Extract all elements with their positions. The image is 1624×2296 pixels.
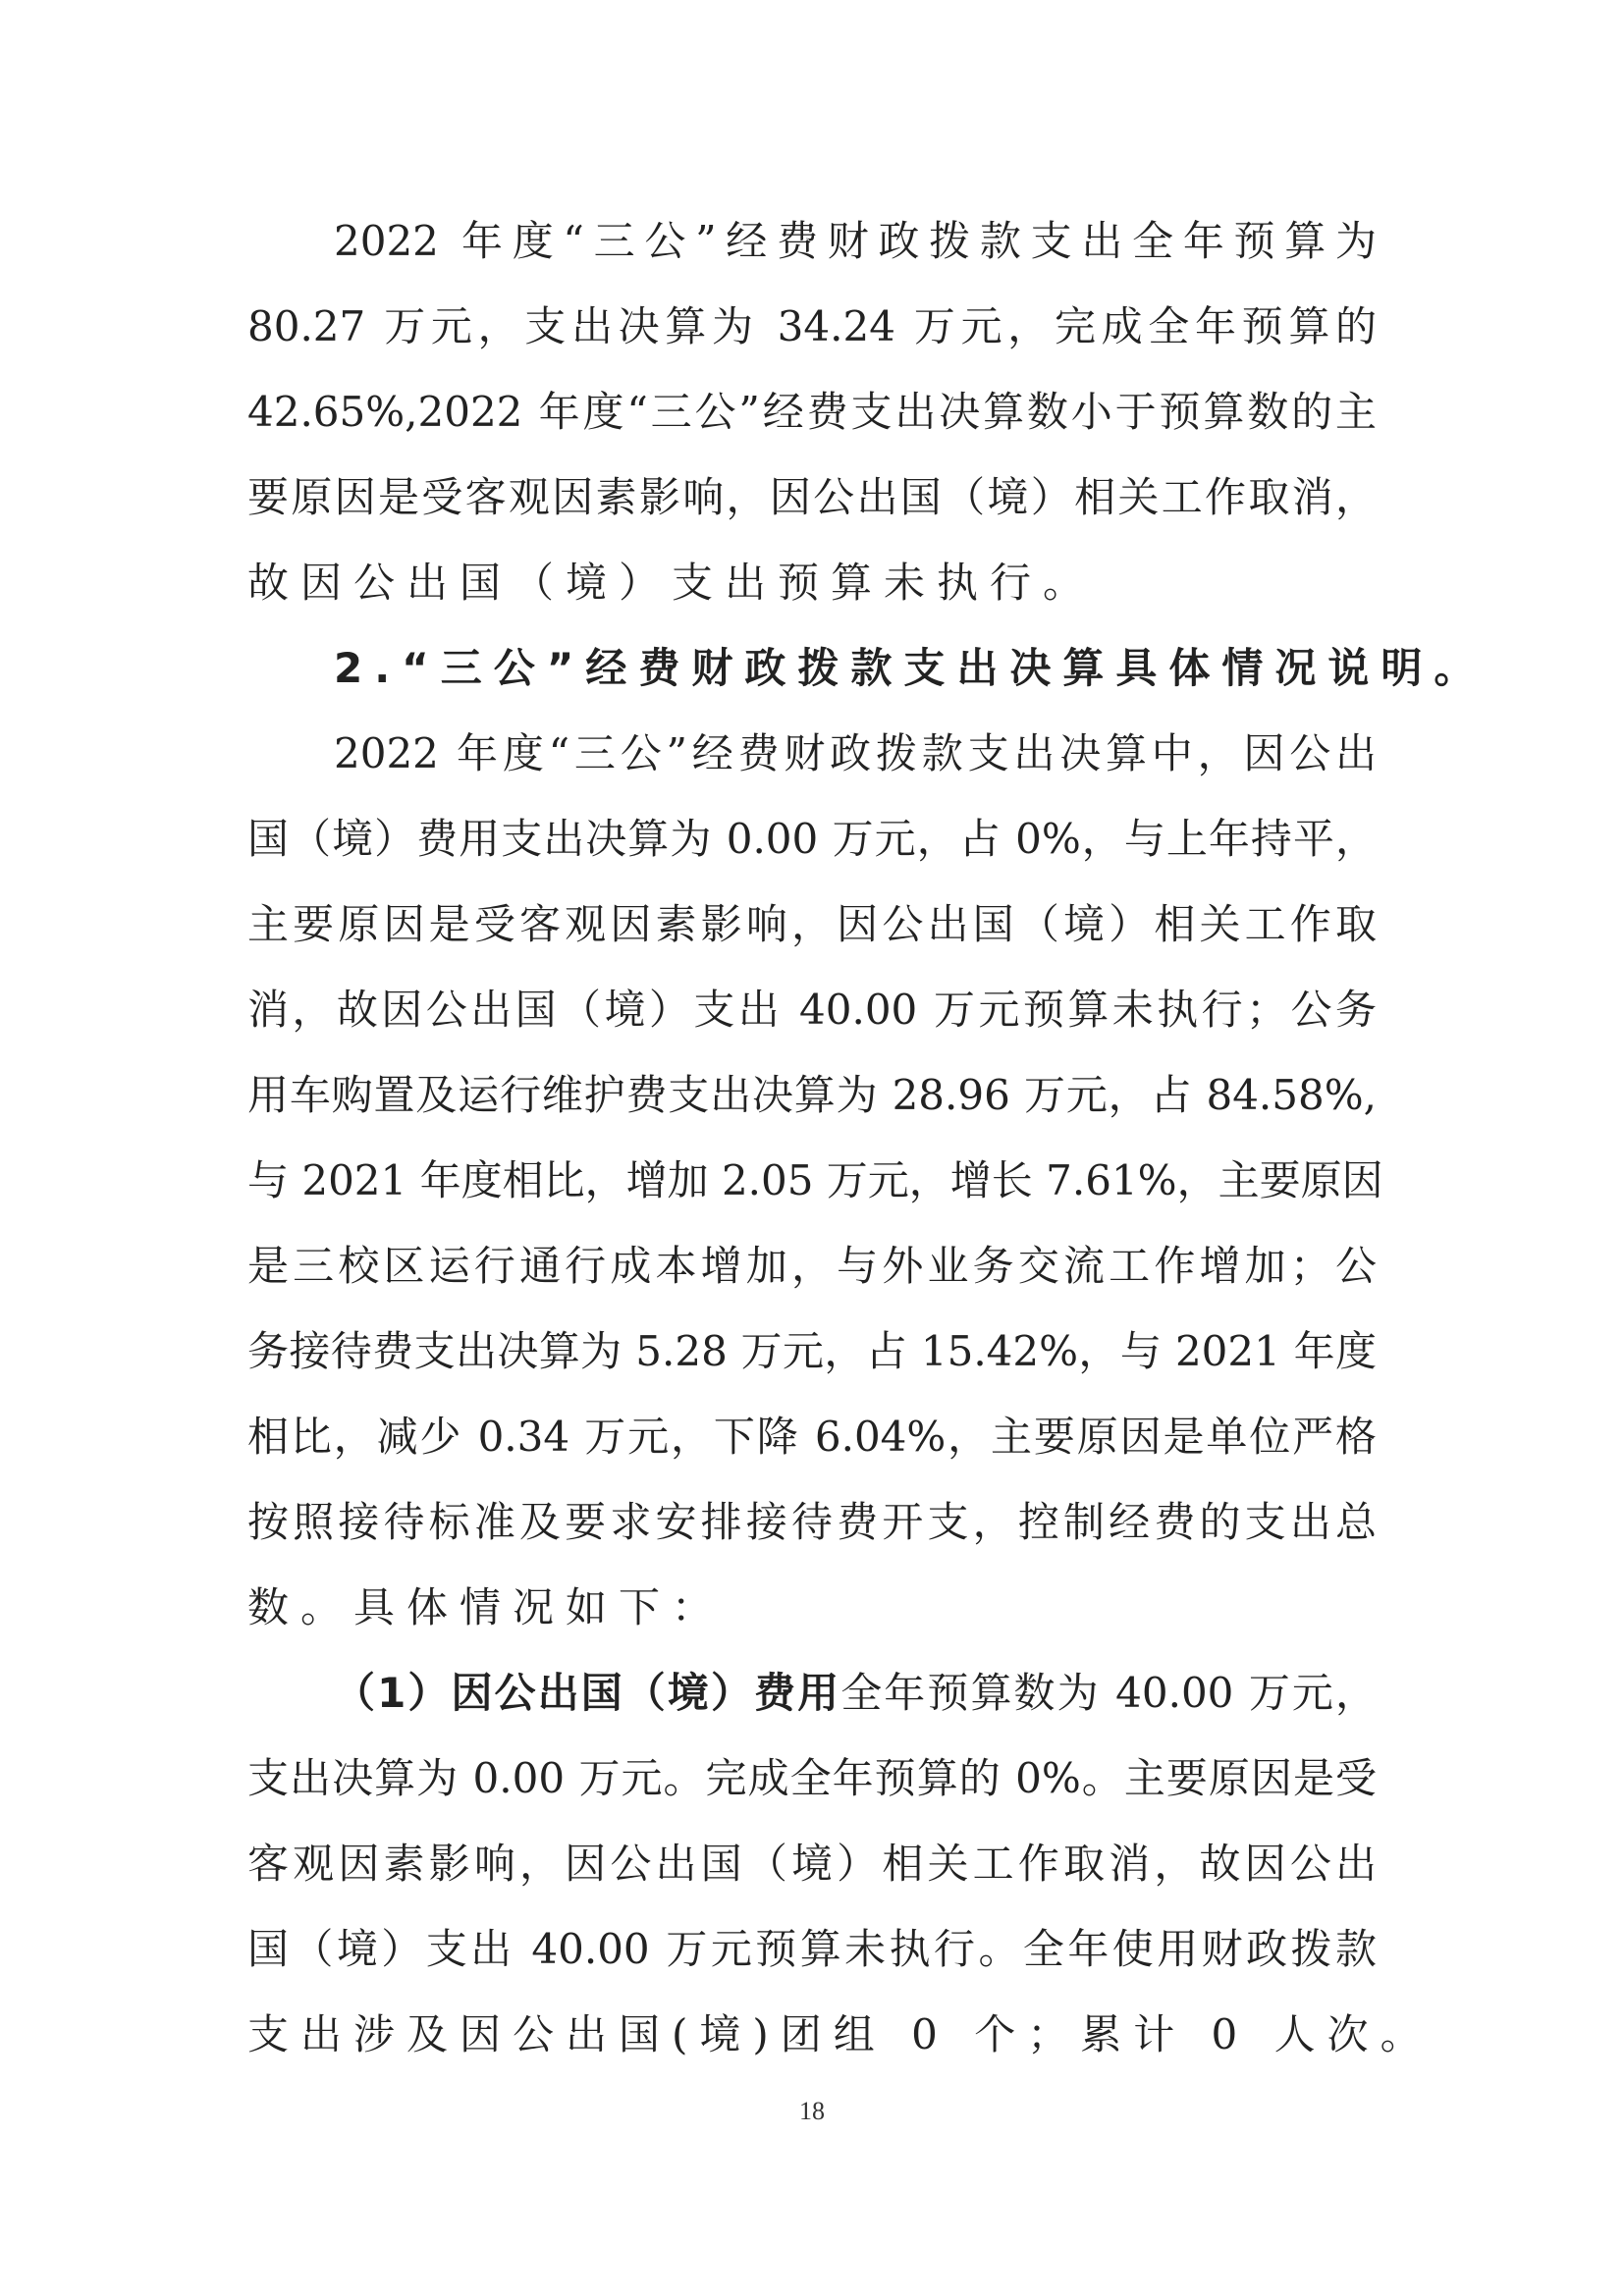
paragraph-1-line-1: 2022 年度“三公”经费财政拨款支出全年预算为: [247, 198, 1377, 284]
paragraph-1-line-3: 42.65%,2022 年度“三公”经费支出决算数小于预算数的主: [247, 369, 1377, 454]
paragraph-2-line-10: 按照接待标准及要求安排接待费开支，控制经费的支出总: [247, 1479, 1377, 1565]
paragraph-1-line-2: 80.27 万元，支出决算为 34.24 万元，完成全年预算的: [247, 284, 1377, 369]
paragraph-2-line-3: 主要原因是受客观因素影响，因公出国（境）相关工作取: [247, 881, 1377, 967]
paragraph-2-line-2: 国（境）费用支出决算为 0.00 万元，占 0%，与上年持平，: [247, 796, 1377, 881]
paragraph-2-line-11: 数。具体情况如下：: [247, 1565, 1377, 1650]
paragraph-1-line-5: 故因公出国（境）支出预算未执行。: [247, 540, 1377, 625]
subsection-label: （1）因公出国（境）费用: [334, 1669, 840, 1717]
paragraph-2-line-9: 相比，减少 0.34 万元，下降 6.04%，主要原因是单位严格: [247, 1394, 1377, 1479]
paragraph-2-line-8: 务接待费支出决算为 5.28 万元，占 15.42%，与 2021 年度: [247, 1308, 1377, 1394]
paragraph-2-line-4: 消，故因公出国（境）支出 40.00 万元预算未执行；公务: [247, 967, 1377, 1052]
paragraph-3-line-2: 支出决算为 0.00 万元。完成全年预算的 0%。主要原因是受: [247, 1735, 1377, 1821]
paragraph-2-line-7: 是三校区运行通行成本增加，与外业务交流工作增加；公: [247, 1223, 1377, 1308]
paragraph-3-line-4: 国（境）支出 40.00 万元预算未执行。全年使用财政拨款: [247, 1906, 1377, 1992]
paragraph-3-line-1: （1）因公出国（境）费用全年预算数为 40.00 万元，: [247, 1650, 1377, 1735]
body-text: 2022 年度“三公”经费财政拨款支出全年预算为 80.27 万元，支出决算为 …: [247, 198, 1377, 2077]
section-heading: 2.“三公”经费财政拨款支出决算具体情况说明。: [247, 625, 1377, 711]
paragraph-3-line-3: 客观因素影响，因公出国（境）相关工作取消，故因公出: [247, 1821, 1377, 1906]
paragraph-3-line-1-text: 全年预算数为 40.00 万元，: [840, 1669, 1377, 1717]
paragraph-1-line-4: 要原因是受客观因素影响，因公出国（境）相关工作取消，: [247, 454, 1377, 540]
paragraph-2-line-5: 用车购置及运行维护费支出决算为 28.96 万元，占 84.58%,: [247, 1052, 1377, 1138]
paragraph-2-line-1: 2022 年度“三公”经费财政拨款支出决算中，因公出: [247, 711, 1377, 796]
paragraph-2-line-6: 与 2021 年度相比，增加 2.05 万元，增长 7.61%，主要原因: [247, 1138, 1377, 1223]
document-page: 2022 年度“三公”经费财政拨款支出全年预算为 80.27 万元，支出决算为 …: [0, 0, 1624, 2296]
paragraph-3-line-5: 支出涉及因公出国(境)团组 0 个；累计 0 人次。: [247, 1992, 1377, 2077]
page-number: 18: [0, 2097, 1624, 2126]
